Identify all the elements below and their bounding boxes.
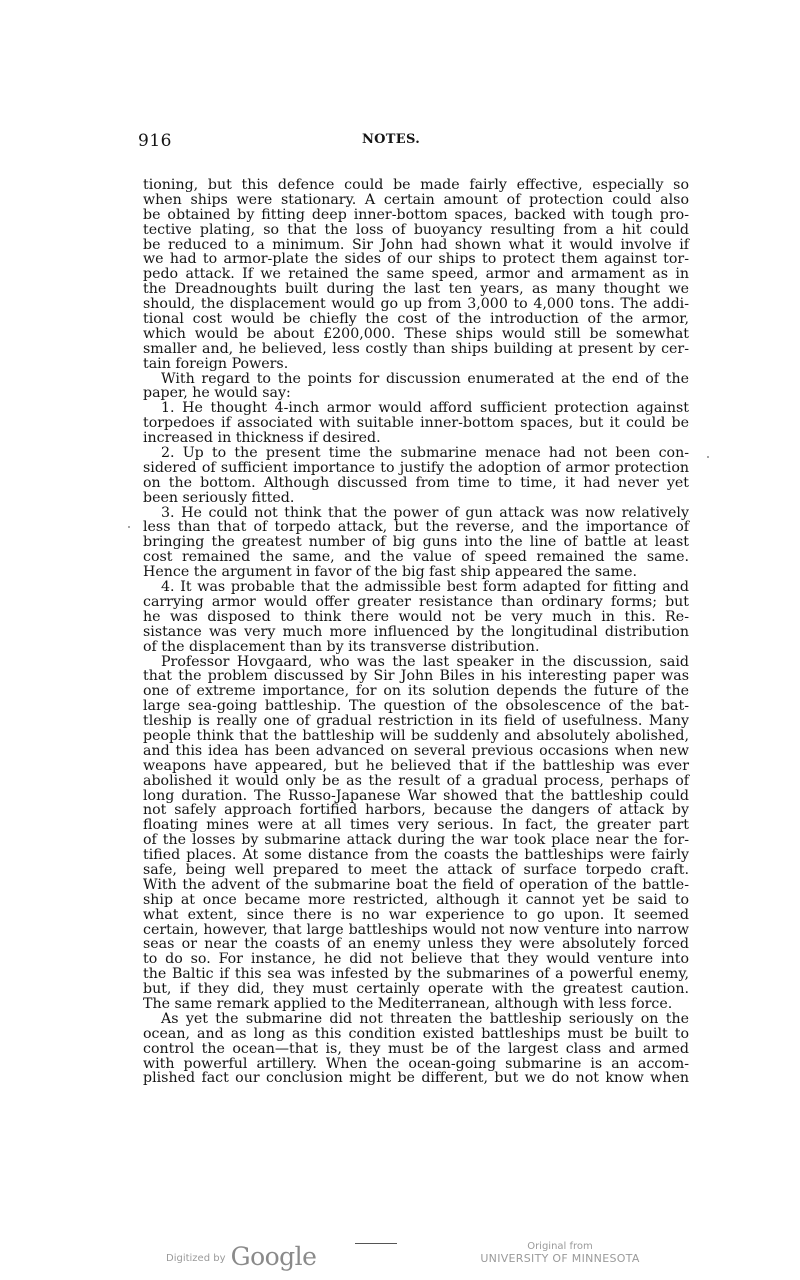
text-line: been seriously fitted. xyxy=(143,491,689,506)
text-line: Professor Hovgaard, who was the last spe… xyxy=(143,655,689,670)
text-line: tional cost would be chiefly the cost of… xyxy=(143,312,689,327)
text-line: certain, however, that large battleships… xyxy=(143,923,689,938)
text-line: to do so. For instance, he did not belie… xyxy=(143,952,689,967)
text-line: weapons have appeared, but he believed t… xyxy=(143,759,689,774)
text-line: ship at once became more restricted, alt… xyxy=(143,893,689,908)
digitized-by-credit: Digitized by Google xyxy=(166,1242,316,1271)
digitized-by-label: Digitized by xyxy=(166,1253,226,1264)
text-line: ocean, and as long as this condition exi… xyxy=(143,1027,689,1042)
text-line: 3. He could not think that the power of … xyxy=(143,506,689,521)
text-line: of the displacement than by its transver… xyxy=(143,640,689,655)
body-text: tioning, but this defence could be made … xyxy=(143,178,689,1086)
source-credit: Original from UNIVERSITY OF MINNESOTA xyxy=(480,1241,640,1265)
google-logo: Google xyxy=(231,1242,317,1271)
text-line: tective plating, so that the loss of buo… xyxy=(143,223,689,238)
text-line: plished fact our conclusion might be dif… xyxy=(143,1071,689,1086)
text-line: 4. It was probable that the admissible b… xyxy=(143,580,689,595)
text-line: be reduced to a minimum. Sir John had sh… xyxy=(143,238,689,253)
original-from-label: Original from xyxy=(480,1241,640,1252)
institution-name: UNIVERSITY OF MINNESOTA xyxy=(480,1252,640,1265)
text-line: not safely approach fortified harbors, b… xyxy=(143,803,689,818)
text-line: With the advent of the submarine boat th… xyxy=(143,878,689,893)
text-line: 2. Up to the present time the submarine … xyxy=(143,446,689,461)
text-line: when ships were stationary. A certain am… xyxy=(143,193,689,208)
text-line: the Dreadnoughts built during the last t… xyxy=(143,282,689,297)
text-line: tleship is really one of gradual restric… xyxy=(143,714,689,729)
text-line: Hence the argument in favor of the big f… xyxy=(143,565,689,580)
text-line: tioning, but this defence could be made … xyxy=(143,178,689,193)
text-line: tain foreign Powers. xyxy=(143,357,689,372)
text-line: he was disposed to think there would not… xyxy=(143,610,689,625)
text-line: of the losses by submarine attack during… xyxy=(143,833,689,848)
text-line: one of extreme importance, for on its so… xyxy=(143,684,689,699)
text-line: which would be about £200,000. These shi… xyxy=(143,327,689,342)
text-line: With regard to the points for discussion… xyxy=(143,372,689,387)
text-line: what extent, since there is no war exper… xyxy=(143,908,689,923)
text-line: should, the displacement would go up fro… xyxy=(143,297,689,312)
text-line: pedo attack. If we retained the same spe… xyxy=(143,267,689,282)
text-line: carrying armor would offer greater resis… xyxy=(143,595,689,610)
text-line: As yet the submarine did not threaten th… xyxy=(143,1012,689,1027)
text-line: seas or near the coasts of an enemy unle… xyxy=(143,937,689,952)
text-line: sistance was very much more influenced b… xyxy=(143,625,689,640)
text-line: floating mines were at all times very se… xyxy=(143,818,689,833)
text-line: paper, he would say: xyxy=(143,386,689,401)
text-line: on the bottom. Although discussed from t… xyxy=(143,476,689,491)
text-line: but, if they did, they must certainly op… xyxy=(143,982,689,997)
text-line: tified places. At some distance from the… xyxy=(143,848,689,863)
text-line: the Baltic if this sea was infested by t… xyxy=(143,967,689,982)
scan-footer: Digitized by Google Original from UNIVER… xyxy=(0,1236,800,1276)
running-head: NOTES. xyxy=(362,132,420,147)
text-line: large sea-going battleship. The question… xyxy=(143,699,689,714)
text-line: that the problem discussed by Sir John B… xyxy=(143,669,689,684)
text-line: safe, being well prepared to meet the at… xyxy=(143,863,689,878)
text-line: abolished it would only be as the result… xyxy=(143,774,689,789)
text-line: The same remark applied to the Mediterra… xyxy=(143,997,689,1012)
text-line: bringing the greatest number of big guns… xyxy=(143,535,689,550)
text-line: 1. He thought 4-inch armor would afford … xyxy=(143,401,689,416)
page-number: 916 xyxy=(138,131,172,151)
scan-speck xyxy=(707,456,709,458)
text-line: less than that of torpedo attack, but th… xyxy=(143,520,689,535)
text-line: torpedoes if associated with suitable in… xyxy=(143,416,689,431)
text-line: be obtained by fitting deep inner-bottom… xyxy=(143,208,689,223)
center-rule xyxy=(355,1243,397,1244)
text-line: cost remained the same, and the value of… xyxy=(143,550,689,565)
text-line: long duration. The Russo-Japanese War sh… xyxy=(143,789,689,804)
text-line: control the ocean—that is, they must be … xyxy=(143,1042,689,1057)
text-line: increased in thickness if desired. xyxy=(143,431,689,446)
text-line: smaller and, he believed, less costly th… xyxy=(143,342,689,357)
text-line: sidered of sufficient importance to just… xyxy=(143,461,689,476)
text-line: with powerful artillery. When the ocean-… xyxy=(143,1057,689,1072)
scan-speck xyxy=(128,526,130,528)
text-line: we had to armor-plate the sides of our s… xyxy=(143,252,689,267)
text-line: people think that the battleship will be… xyxy=(143,729,689,744)
text-line: and this idea has been advanced on sever… xyxy=(143,744,689,759)
